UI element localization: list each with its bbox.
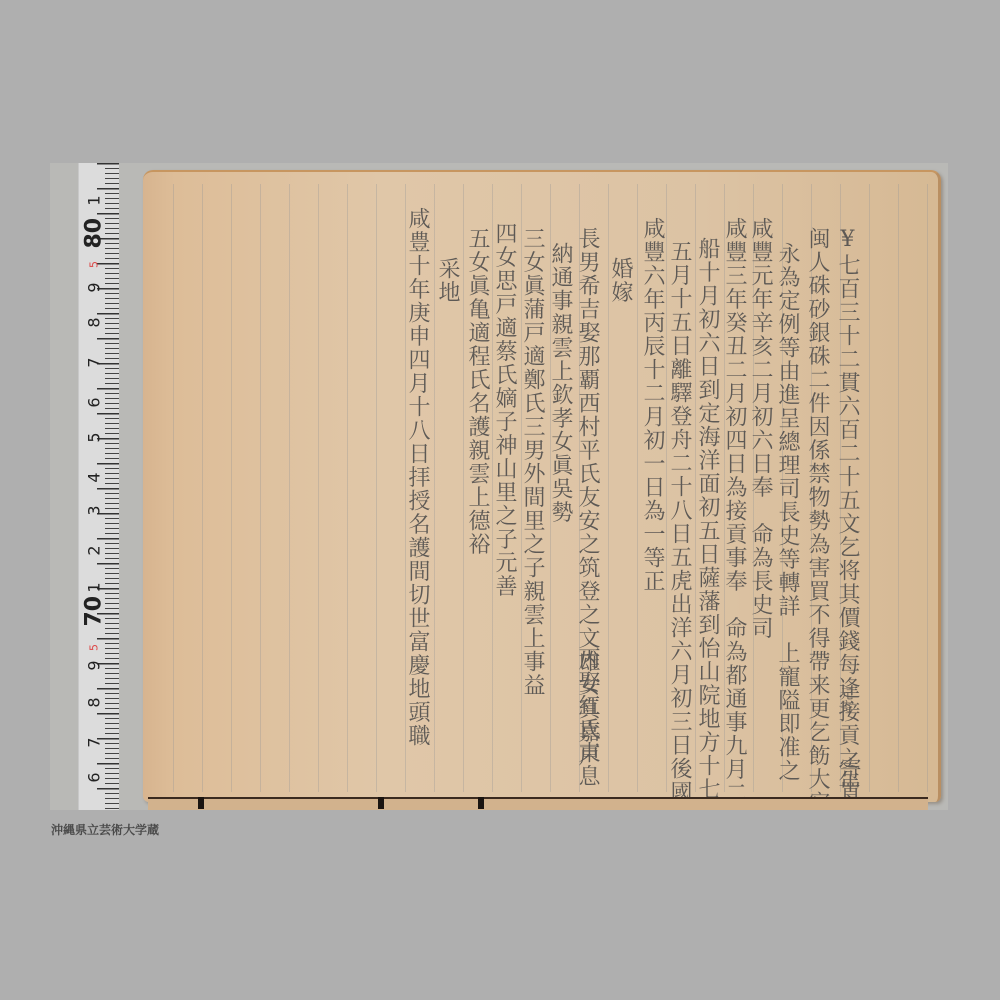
manuscript-column: 元寄 — [836, 687, 852, 713]
manuscript-column: 采地 — [433, 257, 461, 304]
manuscript-column: 丙娶紅氏東息 — [573, 647, 601, 788]
collection-credit-caption: 沖縄県立芸術大学蔵 — [51, 821, 159, 838]
ruler-label: 2 — [85, 540, 104, 562]
page-edge-tear — [478, 797, 484, 809]
ruler-label: 6 — [85, 767, 104, 789]
manuscript-column: 咸豐三年癸丑二月初四日為接貢事奉 命為都通事九月二十五日那霸开 — [720, 217, 748, 810]
manuscript-column: 五月十五日離驛登舟二十八日五虎出洋六月初三日後國復 命 — [665, 240, 693, 810]
measuring-ruler: 18059876543217059876 — [78, 163, 119, 810]
notebook-page: ¥七百三十二貫六百二十五文乞将其價錢每逢接貢之年交給元寄寄買子闽人硃砂銀硃二件因… — [143, 170, 941, 802]
manuscript-column: ¥七百三十二貫六百二十五文乞将其價錢每逢接貢之年交給 — [833, 227, 861, 810]
manuscript-column: 婚嫁 — [606, 257, 634, 304]
page-edge-tear — [198, 797, 204, 809]
ruler-label: 9 — [85, 655, 104, 677]
manuscript-column: 咸豐六年丙辰十二月初一日為一等正 — [638, 217, 666, 593]
ruler-label: 5 — [88, 254, 101, 276]
page-stack-edge — [148, 797, 928, 810]
manuscript-column: 三女眞蒲戸適鄭氏三男外間里之子親雲上事益 — [518, 227, 546, 697]
ruler-label: 8 — [85, 692, 104, 714]
ruler-label: 8 — [85, 312, 104, 334]
manuscript-column: 船十月初六日到定海洋面初五日薩藩到怡山院地方十七日安挿館驛翌年 — [693, 237, 721, 810]
page-edge-tear — [378, 797, 384, 809]
manuscript-column: 咸豊十年庚申四月十八日拝授名護間切世富慶地頭職 — [403, 207, 431, 748]
ruler-label: 5 — [85, 427, 104, 449]
manuscript-column: 闽人硃砂銀硃二件因係禁物勢為害買不得帶来更乞飭大宿役老帶来 — [803, 227, 831, 810]
ruler-label: 3 — [85, 500, 104, 522]
ruler-label: 7 — [85, 732, 104, 754]
ruler-label: 70 — [82, 605, 107, 627]
ruler-label: 7 — [85, 352, 104, 374]
ruler-label: 4 — [85, 467, 104, 489]
ruler-label: 1 — [85, 190, 104, 212]
ruler-label: 80 — [82, 227, 107, 249]
ruler-label: 6 — [85, 392, 104, 414]
manuscript-photo: 18059876543217059876 ¥七百三十二貫六百二十五文乞将其價錢每… — [50, 163, 948, 810]
manuscript-column: 咸豐元年辛亥二月初六日奉 命為長史司 — [746, 217, 774, 640]
manuscript-column: 納通事親雲上欽孝女眞吳勢 — [546, 242, 574, 524]
manuscript-column: 永為定例等由進呈總理司長史等轉詳 上寵隘即准之 — [773, 242, 801, 783]
manuscript-column: 四女思戸適蔡氏嫡子神山里之子元善 — [490, 222, 518, 598]
ruler-label: 9 — [85, 277, 104, 299]
manuscript-column: 五女眞亀適程氏名護親雲上德裕 — [463, 227, 491, 556]
